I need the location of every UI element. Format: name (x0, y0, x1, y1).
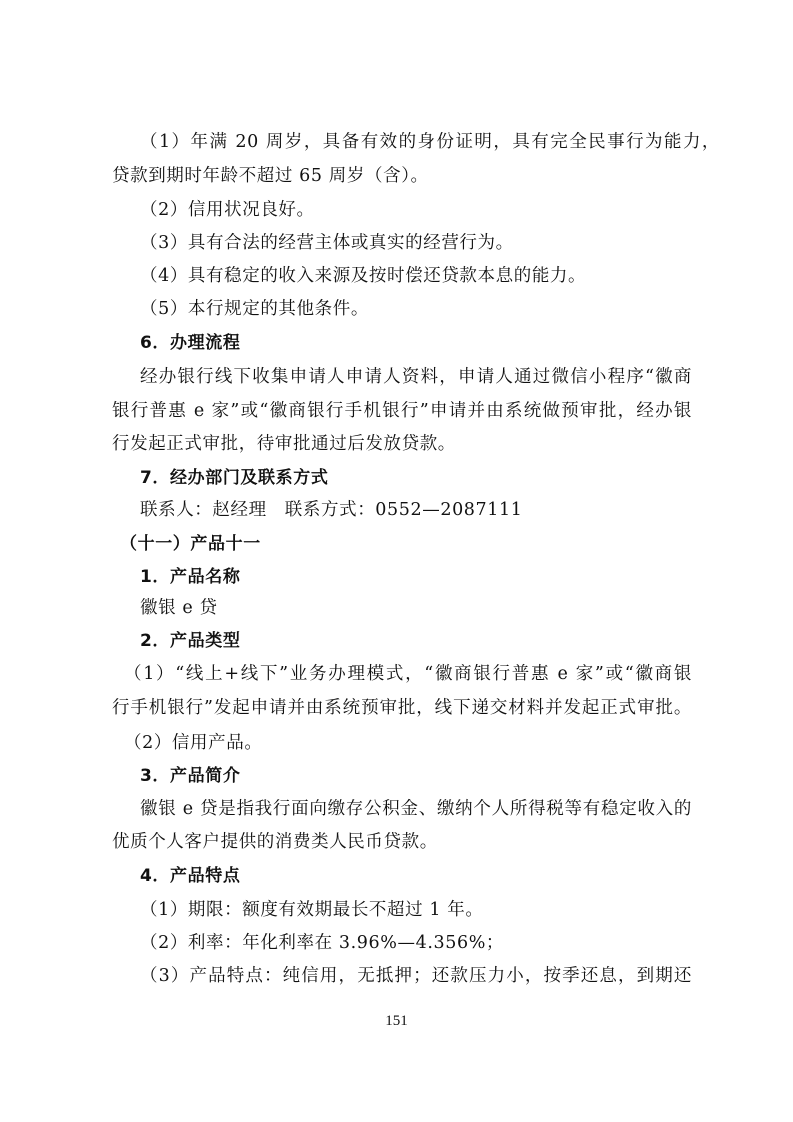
process-text-3: 行发起正式审批，待审批通过后发放贷款。 (112, 433, 692, 455)
contact-info: 联系人：赵经理 联系方式：0552—2087111 (140, 499, 720, 521)
process-text-2: 银行普惠 e 家”或“徽商银行手机银行”申请并由系统做预审批，经办银 (112, 400, 692, 422)
product-feature-2: （2）利率：年化利率在 3.96%—4.356%； (140, 932, 720, 954)
page-number: 151 (0, 1013, 793, 1030)
product-intro-1: 徽银 e 贷是指我行面向缴存公积金、缴纳个人所得税等有稳定收入的 (140, 798, 692, 820)
product-intro-2: 优质个人客户提供的消费类人民币贷款。 (112, 831, 692, 853)
product-name-heading: 1．产品名称 (140, 566, 720, 588)
product-name: 徽银 e 贷 (140, 597, 720, 619)
section-heading-process: 6．办理流程 (140, 332, 720, 354)
eligibility-item-1-cont: 贷款到期时年龄不超过 65 周岁（含）。 (112, 165, 692, 187)
product-feature-3: （3）产品特点：纯信用，无抵押；还款压力小，按季还息，到期还 (140, 965, 692, 987)
product-type-1: （1）“线上+线下”业务办理模式，“徽商银行普惠 e 家”或“徽商银 (124, 663, 692, 685)
product-type-heading: 2．产品类型 (140, 630, 720, 652)
document-page: （1）年满 20 周岁，具备有效的身份证明，具有完全民事行为能力， 贷款到期时年… (0, 0, 793, 1122)
product-title: （十一）产品十一 (120, 533, 700, 555)
eligibility-item-5: （5）本行规定的其他条件。 (140, 298, 720, 320)
product-type-2: （2）信用产品。 (124, 732, 704, 754)
process-text-1: 经办银行线下收集申请人申请人资料，申请人通过微信小程序“徽商 (140, 366, 692, 388)
product-intro-heading: 3．产品简介 (140, 765, 720, 787)
section-heading-contact: 7．经办部门及联系方式 (140, 467, 720, 489)
product-type-1-cont: 行手机银行”发起申请并由系统预审批，线下递交材料并发起正式审批。 (112, 697, 692, 719)
product-features-heading: 4．产品特点 (140, 865, 720, 887)
eligibility-item-2: （2）信用状况良好。 (140, 199, 720, 221)
eligibility-item-3: （3）具有合法的经营主体或真实的经营行为。 (140, 232, 720, 254)
eligibility-item-4: （4）具有稳定的收入来源及按时偿还贷款本息的能力。 (140, 265, 720, 287)
eligibility-item-1: （1）年满 20 周岁，具备有效的身份证明，具有完全民事行为能力， (140, 131, 720, 153)
product-feature-1: （1）期限：额度有效期最长不超过 1 年。 (140, 899, 720, 921)
